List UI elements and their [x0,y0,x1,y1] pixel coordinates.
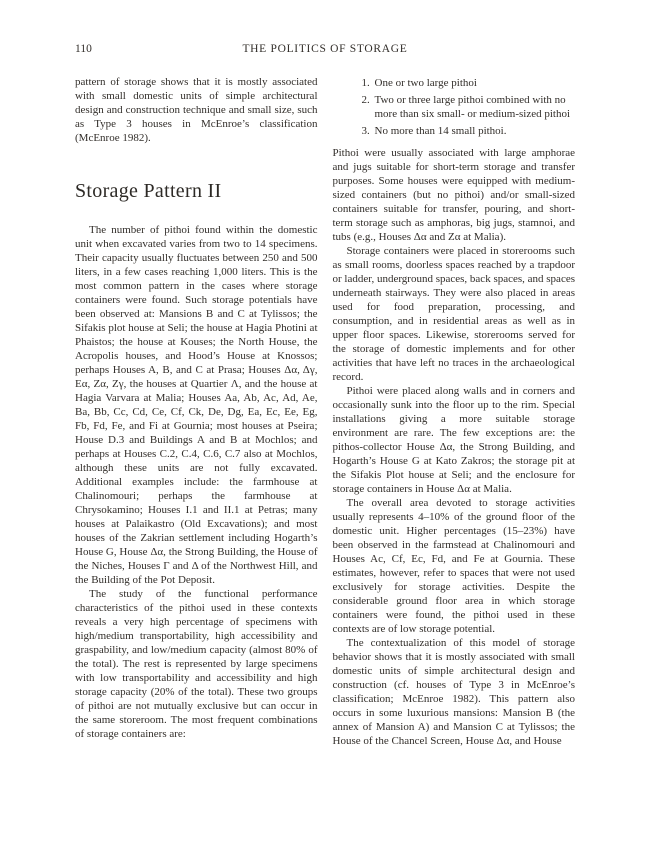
paragraph: The overall area devoted to storage acti… [333,496,576,636]
page-header: 110 THE POLITICS OF STORAGE [75,42,575,56]
right-column: One or two large pithoi Two or three lar… [333,75,576,748]
list-item: Two or three large pithoi combined with … [373,93,576,121]
paragraph: Pithoi were usually associated with larg… [333,146,576,244]
left-column: pattern of storage shows that it is most… [75,75,318,748]
list-item: No more than 14 small pithoi. [373,124,576,138]
paragraph: Pithoi were placed along walls and in co… [333,384,576,496]
continued-paragraph: pattern of storage shows that it is most… [75,75,318,145]
storage-combinations-list: One or two large pithoi Two or three lar… [333,76,576,138]
paragraph: The study of the functional performance … [75,587,318,741]
running-head: THE POLITICS OF STORAGE [75,42,575,56]
text-columns: pattern of storage shows that it is most… [75,75,575,748]
book-page: 110 THE POLITICS OF STORAGE pattern of s… [0,0,650,842]
list-item: One or two large pithoi [373,76,576,90]
paragraph: The number of pithoi found within the do… [75,223,318,587]
paragraph: The contextualization of this model of s… [333,636,576,748]
paragraph: Storage containers were placed in storer… [333,244,576,384]
section-heading: Storage Pattern II [75,179,318,203]
